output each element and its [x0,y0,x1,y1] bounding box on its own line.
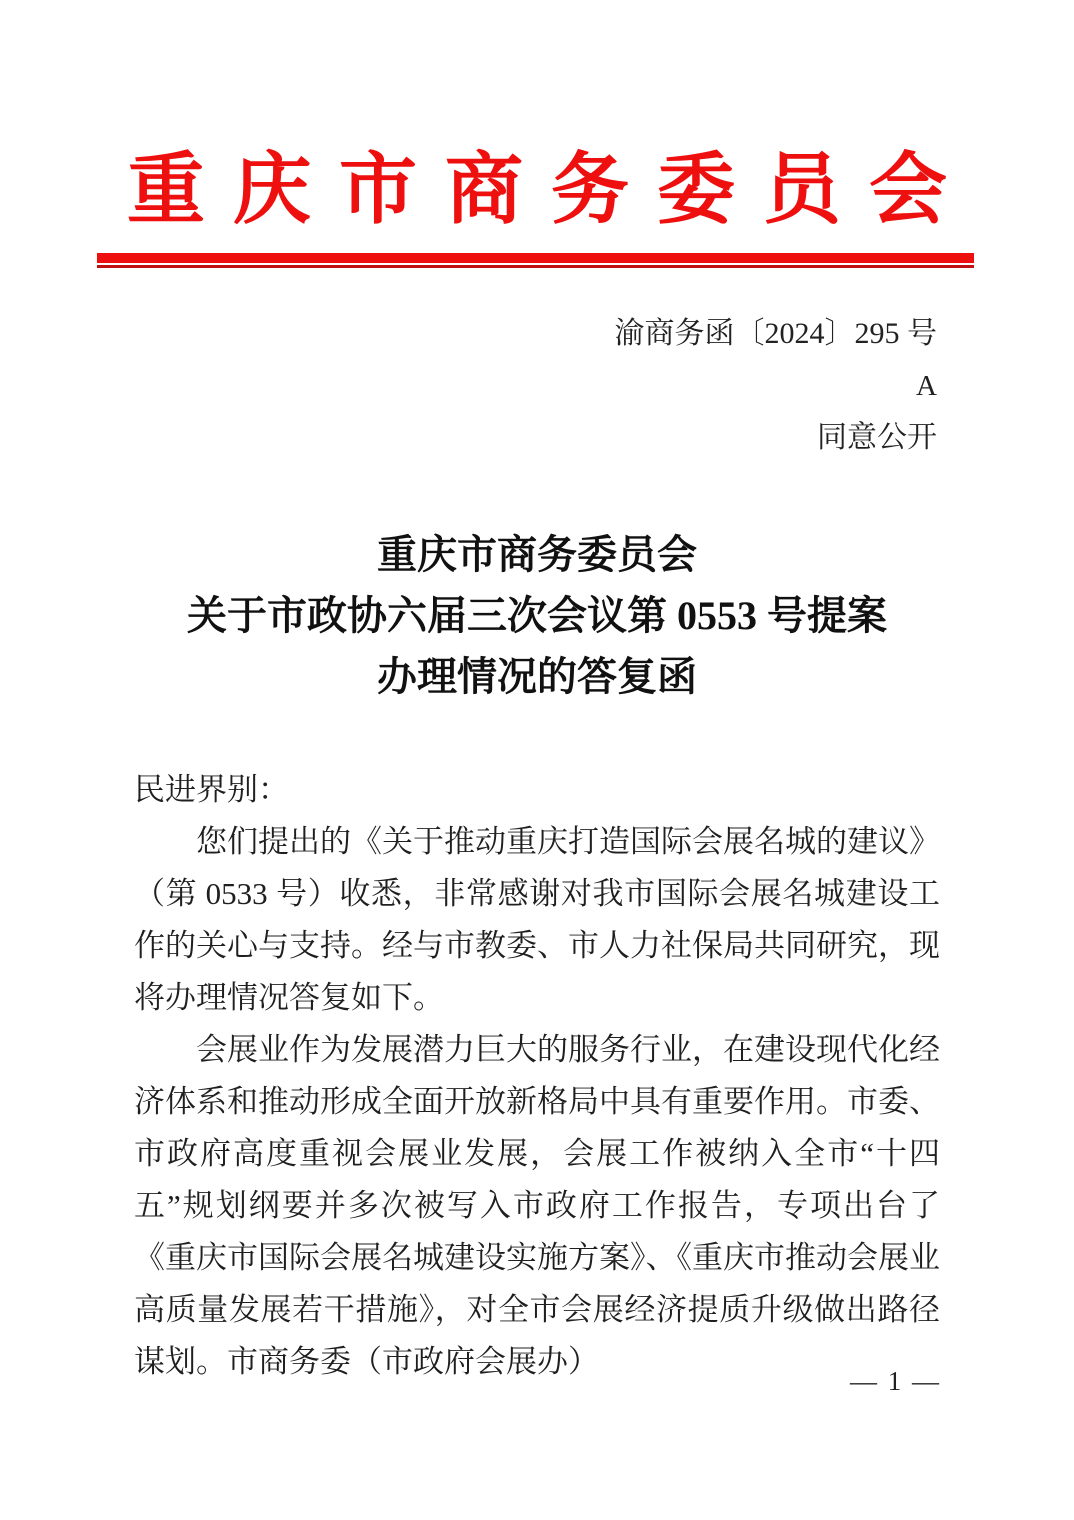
body-paragraph-2: 会展业作为发展潜力巨大的服务行业，在建设现代化经济体系和推动形成全面开放新格局中… [134,1024,940,1388]
divider-thin-line [97,265,974,268]
reply-grade: A [615,360,938,412]
doc-number: 渝商务函〔2024〕295 号 [615,308,938,360]
publicity-marking: 同意公开 [615,412,938,464]
title-line-1: 重庆市商务委员会 [0,524,1074,585]
document-body: 民进界别： 您们提出的《关于推动重庆打造国际会展名城的建议》（第 0533 号）… [134,764,940,1388]
title-line-3: 办理情况的答复函 [0,646,1074,707]
title-line-2: 关于市政协六届三次会议第 0553 号提案 [0,585,1074,646]
document-page: 重庆市商务委员会 渝商务函〔2024〕295 号 A 同意公开 重庆市商务委员会… [0,0,1074,1520]
letterhead-divider [97,253,974,268]
divider-thick-line [97,253,974,263]
letterhead-org-name: 重庆市商务委员会 [0,142,1074,238]
document-title: 重庆市商务委员会 关于市政协六届三次会议第 0553 号提案 办理情况的答复函 [0,524,1074,707]
reference-block: 渝商务函〔2024〕295 号 A 同意公开 [615,308,938,464]
body-paragraph-1: 您们提出的《关于推动重庆打造国际会展名城的建议》（第 0533 号）收悉，非常感… [134,816,940,1024]
page-number: — 1 — [850,1366,941,1397]
salutation: 民进界别： [134,764,940,816]
